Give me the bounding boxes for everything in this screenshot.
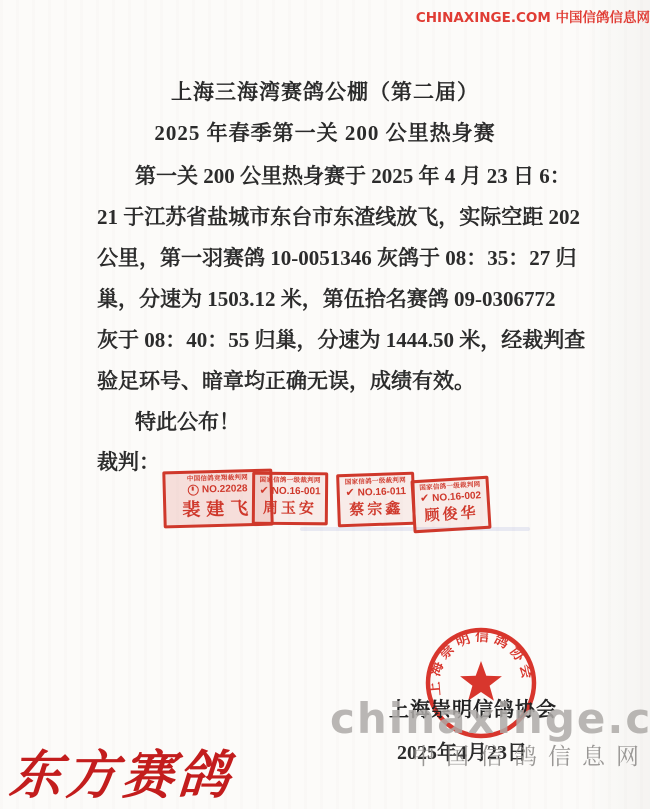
referee-stamp: 国家信鸽一级裁判网 ✔ NO.16-002 顾俊华: [410, 476, 491, 534]
referee-stamp: 国家信鸽一级裁判网 ✔ NO.16-001 周玉安: [252, 472, 328, 526]
bird-logo-icon: ✔: [420, 493, 430, 505]
closing-statement: 特此公布！: [97, 402, 585, 443]
document-subtitle: 2025 年春季第一关 200 公里热身赛: [0, 117, 650, 147]
referee-name: 周玉安: [258, 498, 322, 521]
body-line: 公里，第一羽赛鸽 10-0051346 灰鸽于 08：35：27 归: [97, 238, 585, 279]
watermark-top-right: CHINAXINGE.COM 中国信鸽信息网: [416, 6, 650, 26]
body-line: 第一关 200 公里热身赛于 2025 年 4 月 23 日 6：: [97, 156, 585, 197]
referee-name: 蔡宗鑫: [343, 498, 410, 522]
body-line: 巢，分速为 1503.12 米，第伍拾名赛鸽 09-0306772: [97, 279, 585, 320]
watermark-bottom-cn: 中国信鸽信息网: [412, 738, 650, 771]
stamp-number: NO.16-001: [272, 485, 321, 498]
referee-name: 顾俊华: [418, 502, 485, 528]
clock-icon: [188, 484, 199, 495]
body-line: 验足环号、暗章均正确无误，成绩有效。: [97, 361, 585, 402]
judges-label: 裁判：: [97, 446, 160, 476]
watermark-bottom-url: chinaxinge.com: [330, 694, 650, 743]
body-line: 21 于江苏省盐城市东台市东渣线放飞，实际空距 202: [97, 197, 585, 238]
referee-stamp: 国家信鸽一级裁判网 ✔ NO.16-011 蔡宗鑫: [336, 472, 416, 528]
stamp-number: NO.22028: [202, 482, 248, 496]
document-scan-page: CHINAXINGE.COM 中国信鸽信息网 上海三海湾赛鸽公棚（第二届） 20…: [0, 0, 650, 809]
document-title: 上海三海湾赛鸽公棚（第二届）: [0, 76, 650, 106]
bird-logo-icon: ✔: [345, 488, 355, 499]
bird-logo-icon: ✔: [259, 486, 268, 497]
brand-calligraphy: 东方赛鸽: [7, 733, 236, 808]
document-body: 第一关 200 公里热身赛于 2025 年 4 月 23 日 6： 21 于江苏…: [97, 156, 585, 443]
body-line: 灰于 08：40：55 归巢，分速为 1444.50 米，经裁判查: [97, 320, 585, 361]
